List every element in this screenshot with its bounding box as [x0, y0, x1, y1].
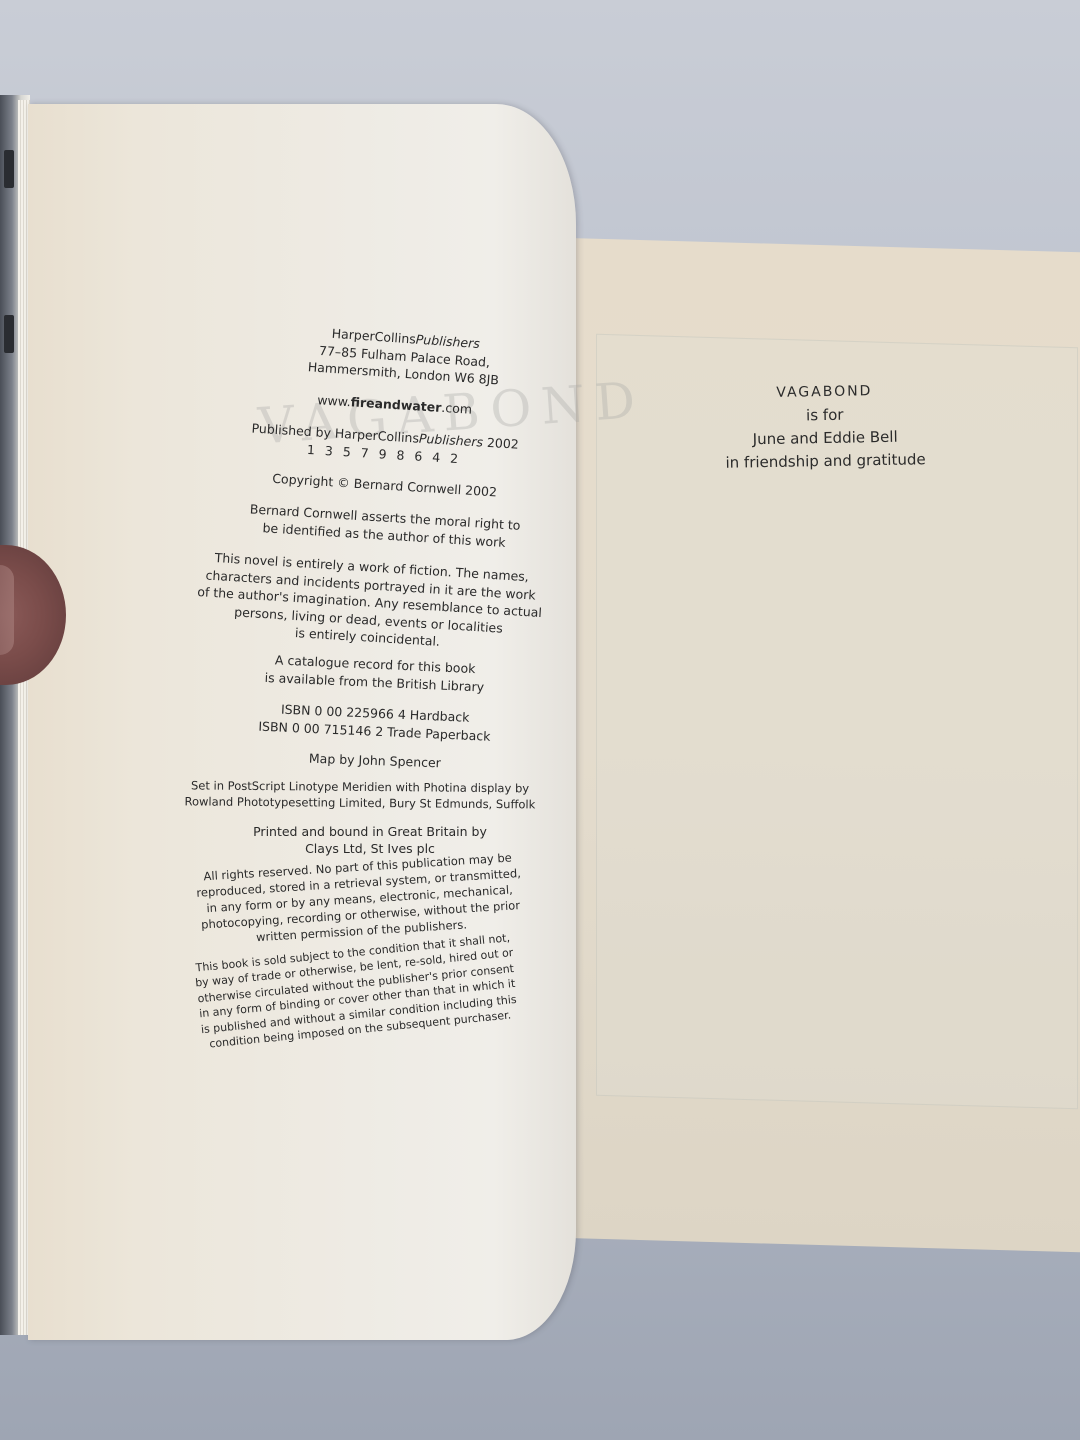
moral-right: Bernard Cornwell asserts the moral right… [194, 497, 575, 555]
cover-print-mark [4, 315, 14, 353]
fiction-notice: This novel is entirely a work of fiction… [162, 546, 577, 658]
typesetting-credit: Set in PostScript Linotype Meridien with… [145, 777, 575, 813]
map-credit: Map by John Spencer [175, 745, 575, 776]
dedication-line: in friendship and gratitude [690, 448, 960, 476]
book-photo-scene: VAGABOND HarperCollinsPublishers 77–85 F… [0, 0, 1080, 1440]
publisher-address: HarperCollinsPublishers 77–85 Fulham Pal… [233, 318, 576, 394]
thumbnail [0, 565, 14, 655]
cover-print-mark [4, 150, 14, 188]
published-by: Published by HarperCollinsPublishers 200… [194, 416, 575, 474]
dedication: VAGABOND is for June and Eddie Bell in f… [689, 380, 961, 476]
isbn-list: ISBN 0 00 225966 4 Hardback ISBN 0 00 71… [174, 696, 575, 748]
copyright-block: HarperCollinsPublishers 77–85 Fulham Pal… [195, 318, 575, 1073]
